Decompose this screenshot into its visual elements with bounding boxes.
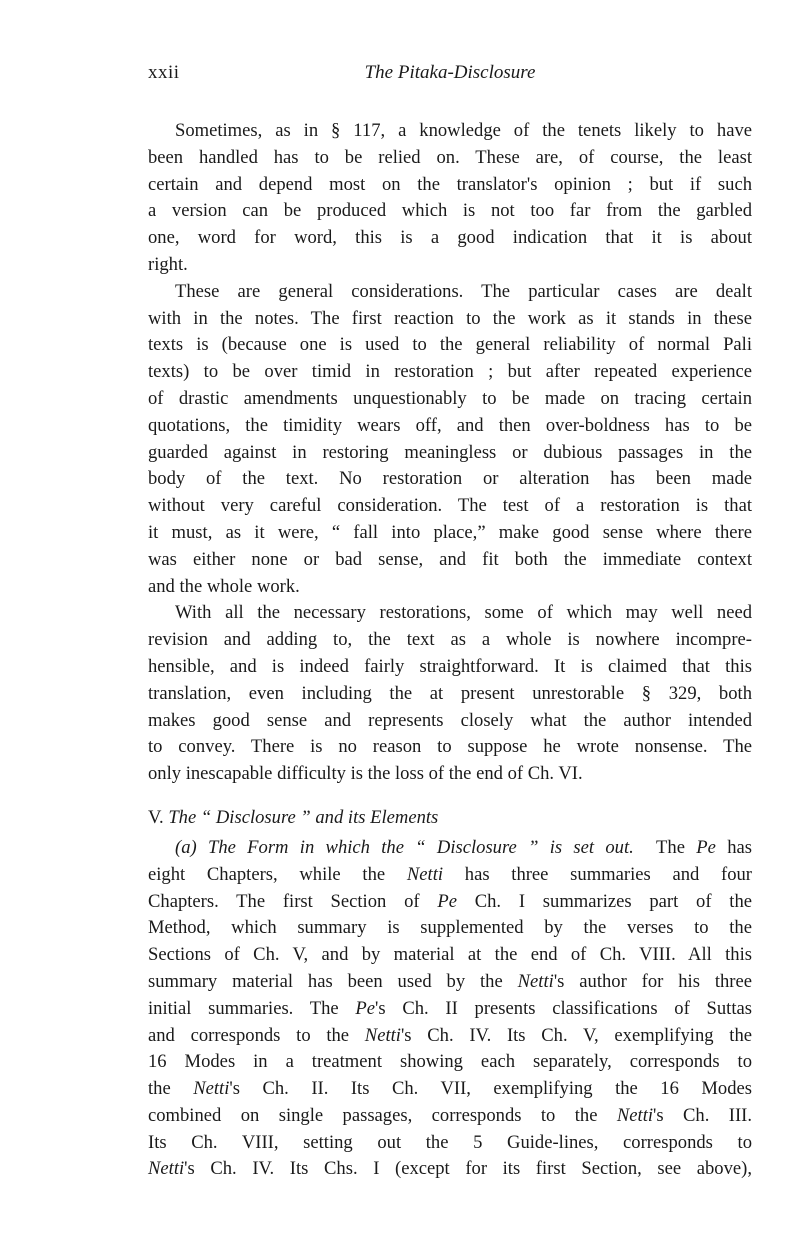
- text-line: quotations, the timidity wears off, and …: [148, 413, 752, 440]
- text-line: These are general considerations. The pa…: [148, 279, 752, 306]
- paragraph: With all the necessary restorations, som…: [148, 600, 752, 788]
- text-line: with in the notes. The first reaction to…: [148, 306, 752, 333]
- text-line: initial summaries. The Pe's Ch. II prese…: [148, 996, 752, 1023]
- text-line: was either none or bad sense, and fit bo…: [148, 547, 752, 574]
- subsection-title: The Form in which the “ Disclosure ” is …: [208, 837, 634, 858]
- text-line: been handled has to be relied on. These …: [148, 145, 752, 172]
- text-line: Sometimes, as in § 117, a knowledge of t…: [148, 118, 752, 145]
- text-line: combined on single passages, corresponds…: [148, 1103, 752, 1130]
- text-line: (a) The Form in which the “ Disclosure ”…: [148, 835, 752, 862]
- text-line: eight Chapters, while the Netti has thre…: [148, 862, 752, 889]
- text-line: body of the text. No restoration or alte…: [148, 466, 752, 493]
- running-head: xxii The Pitaka-Disclosure: [148, 62, 752, 90]
- text-line: revision and adding to, the text as a wh…: [148, 627, 752, 654]
- text-line: 16 Modes in a treatment showing each sep…: [148, 1049, 752, 1076]
- text-line: and corresponds to the Netti's Ch. IV. I…: [148, 1023, 752, 1050]
- text-line: certain and depend most on the translato…: [148, 172, 752, 199]
- section-title: The “ Disclosure ” and its Elements: [168, 807, 438, 828]
- page-body: Sometimes, as in § 117, a knowledge of t…: [148, 118, 752, 1183]
- text-line: one, word for word, this is a good indic…: [148, 225, 752, 252]
- text-line: makes good sense and represents closely …: [148, 708, 752, 735]
- text-line: Method, which summary is supplemented by…: [148, 915, 752, 942]
- text-line: guarded against in restoring meaningless…: [148, 440, 752, 467]
- text-line: summary material has been used by the Ne…: [148, 969, 752, 996]
- text-line: right.: [148, 252, 752, 279]
- text-line: a version can be produced which is not t…: [148, 198, 752, 225]
- text-line: hensible, and is indeed fairly straightf…: [148, 654, 752, 681]
- text-line: of drastic amendments unquestionably to …: [148, 386, 752, 413]
- text-line: With all the necessary restorations, som…: [148, 600, 752, 627]
- running-title: The Pitaka-Disclosure: [148, 62, 752, 84]
- text-line: to convey. There is no reason to suppose…: [148, 734, 752, 761]
- text-line: it must, as it were, “ fall into place,”…: [148, 520, 752, 547]
- subsection-label: (a): [175, 837, 197, 858]
- text-line: Its Ch. VIII, setting out the 5 Guide-li…: [148, 1130, 752, 1157]
- paragraph: These are general considerations. The pa…: [148, 279, 752, 601]
- text-line: Chapters. The first Section of Pe Ch. I …: [148, 889, 752, 916]
- text-line: Netti's Ch. IV. Its Chs. I (except for i…: [148, 1156, 752, 1183]
- text-line: translation, even including the at prese…: [148, 681, 752, 708]
- text-line: texts is (because one is used to the gen…: [148, 332, 752, 359]
- text-line: the Netti's Ch. II. Its Ch. VII, exempli…: [148, 1076, 752, 1103]
- section-heading: V. The “ Disclosure ” and its Elements: [148, 805, 752, 835]
- text-line: only inescapable difficulty is the loss …: [148, 761, 752, 788]
- paragraph: (a) The Form in which the “ Disclosure ”…: [148, 835, 752, 1183]
- text-line: texts) to be over timid in restoration ;…: [148, 359, 752, 386]
- paragraph: Sometimes, as in § 117, a knowledge of t…: [148, 118, 752, 279]
- section-number: V.: [148, 807, 164, 828]
- text-line: Sections of Ch. V, and by material at th…: [148, 942, 752, 969]
- text-line: without very careful consideration. The …: [148, 493, 752, 520]
- text-line: and the whole work.: [148, 574, 752, 601]
